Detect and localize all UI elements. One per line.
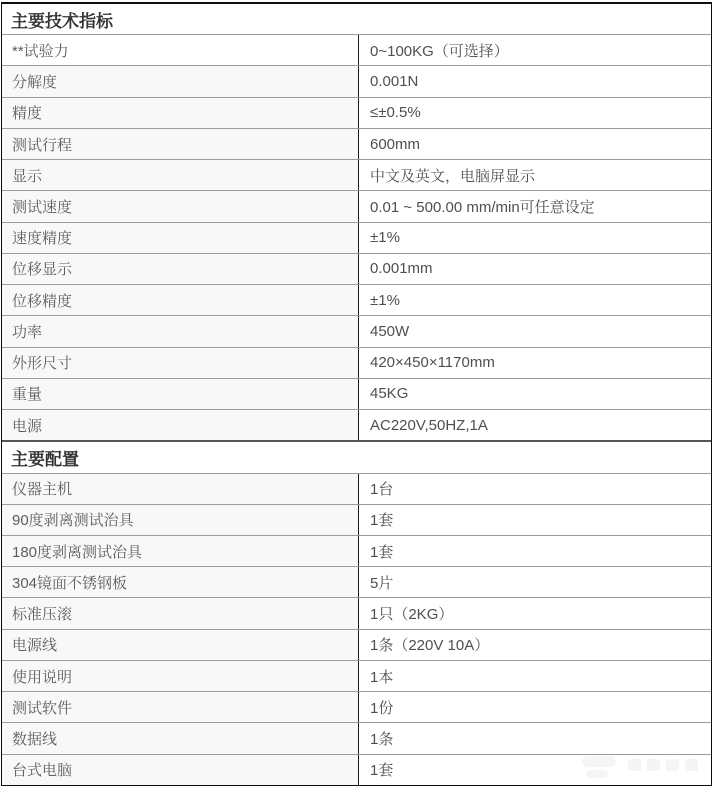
spec-label: 位移显示 bbox=[2, 254, 359, 284]
spec-value: 0~100KG（可选择） bbox=[359, 35, 711, 65]
table-row: 测试行程 600mm bbox=[2, 128, 711, 159]
spec-label: 位移精度 bbox=[2, 285, 359, 315]
table-row: 数据线 1条 bbox=[2, 722, 711, 753]
spec-value: 1条 bbox=[359, 723, 711, 753]
spec-value: ±1% bbox=[359, 285, 711, 315]
spec-label: 电源线 bbox=[2, 630, 359, 660]
table-row: 使用说明 1本 bbox=[2, 660, 711, 691]
spec-label: 外形尺寸 bbox=[2, 348, 359, 378]
spec-label: 标准压滚 bbox=[2, 598, 359, 628]
table-row: 速度精度 ±1% bbox=[2, 222, 711, 253]
spec-value: 1套 bbox=[359, 505, 711, 535]
spec-label: 分解度 bbox=[2, 66, 359, 96]
spec-value: 中文及英文，电脑屏显示 bbox=[359, 160, 711, 190]
spec-value: 0.001mm bbox=[359, 254, 711, 284]
spec-label: 精度 bbox=[2, 98, 359, 128]
section-header-row: 主要配置 bbox=[2, 440, 711, 472]
table-row: 位移显示 0.001mm bbox=[2, 253, 711, 284]
table-row: **试验力 0~100KG（可选择） bbox=[2, 34, 711, 65]
spec-value: 5片 bbox=[359, 567, 711, 597]
table-row: 重量 45KG bbox=[2, 378, 711, 409]
spec-value: 1条（220V 10A） bbox=[359, 630, 711, 660]
table-row: 分解度 0.001N bbox=[2, 65, 711, 96]
spec-value: 1本 bbox=[359, 661, 711, 691]
spec-label: 180度剥离测试治具 bbox=[2, 536, 359, 566]
spec-label: 重量 bbox=[2, 379, 359, 409]
table-row: 电源 AC220V,50HZ,1A bbox=[2, 409, 711, 440]
spec-label: 数据线 bbox=[2, 723, 359, 753]
section-title: 主要技术指标 bbox=[2, 4, 711, 34]
spec-table: 主要技术指标 **试验力 0~100KG（可选择） 分解度 0.001N 精度 … bbox=[1, 2, 712, 786]
table-row: 180度剥离测试治具 1套 bbox=[2, 535, 711, 566]
spec-label: 使用说明 bbox=[2, 661, 359, 691]
spec-label: 304镜面不锈钢板 bbox=[2, 567, 359, 597]
section-header-row: 主要技术指标 bbox=[2, 4, 711, 34]
spec-label: 测试速度 bbox=[2, 191, 359, 221]
spec-value: 1套 bbox=[359, 755, 711, 785]
spec-value: 45KG bbox=[359, 379, 711, 409]
table-row: 测试速度 0.01 ~ 500.00 mm/min可任意设定 bbox=[2, 190, 711, 221]
spec-label: 显示 bbox=[2, 160, 359, 190]
section-title: 主要配置 bbox=[2, 442, 711, 472]
spec-value: 0.001N bbox=[359, 66, 711, 96]
spec-value: 1只（2KG） bbox=[359, 598, 711, 628]
table-row: 功率 450W bbox=[2, 315, 711, 346]
table-row: 电源线 1条（220V 10A） bbox=[2, 629, 711, 660]
spec-value: 450W bbox=[359, 316, 711, 346]
table-row: 位移精度 ±1% bbox=[2, 284, 711, 315]
spec-label: **试验力 bbox=[2, 35, 359, 65]
table-row: 304镜面不锈钢板 5片 bbox=[2, 566, 711, 597]
spec-label: 台式电脑 bbox=[2, 755, 359, 785]
spec-value: 0.01 ~ 500.00 mm/min可任意设定 bbox=[359, 191, 711, 221]
table-row: 90度剥离测试治具 1套 bbox=[2, 504, 711, 535]
spec-value: 1套 bbox=[359, 536, 711, 566]
table-row: 标准压滚 1只（2KG） bbox=[2, 597, 711, 628]
spec-label: 90度剥离测试治具 bbox=[2, 505, 359, 535]
spec-label: 测试行程 bbox=[2, 129, 359, 159]
spec-value: 600mm bbox=[359, 129, 711, 159]
table-row: 仪器主机 1台 bbox=[2, 473, 711, 504]
spec-label: 功率 bbox=[2, 316, 359, 346]
table-row: 精度 ≤±0.5% bbox=[2, 97, 711, 128]
table-row: 外形尺寸 420×450×1170mm bbox=[2, 347, 711, 378]
spec-value: 1份 bbox=[359, 692, 711, 722]
spec-value: ≤±0.5% bbox=[359, 98, 711, 128]
spec-label: 电源 bbox=[2, 410, 359, 440]
spec-label: 速度精度 bbox=[2, 223, 359, 253]
table-row: 显示 中文及英文，电脑屏显示 bbox=[2, 159, 711, 190]
table-row: 台式电脑 1套 bbox=[2, 754, 711, 785]
spec-value: 420×450×1170mm bbox=[359, 348, 711, 378]
spec-label: 仪器主机 bbox=[2, 474, 359, 504]
table-row: 测试软件 1份 bbox=[2, 691, 711, 722]
spec-label: 测试软件 bbox=[2, 692, 359, 722]
spec-value: ±1% bbox=[359, 223, 711, 253]
spec-value: AC220V,50HZ,1A bbox=[359, 410, 711, 440]
spec-value: 1台 bbox=[359, 474, 711, 504]
